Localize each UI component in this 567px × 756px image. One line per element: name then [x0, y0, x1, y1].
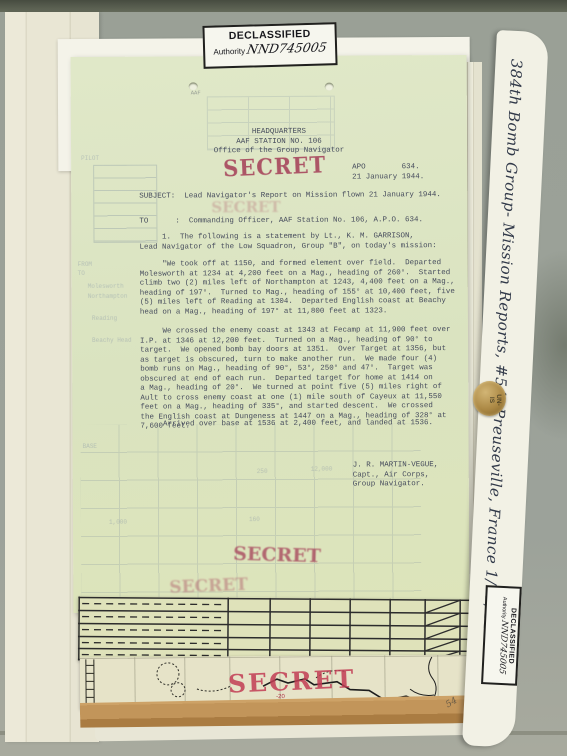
to-line: TO : Commanding Officer, AAF Station No.…	[139, 216, 423, 227]
apo-date-block: APO 634. 21 January 1944.	[352, 163, 424, 182]
declassified-authority: Authority NND745005	[205, 39, 335, 58]
subject-line: SUBJECT: Lead Navigator's Report on Miss…	[139, 191, 441, 202]
bleed-figure: 12,000	[311, 466, 333, 473]
mission-report-page: PILOT FROM TO Molesworth Northampton Rea…	[71, 55, 470, 613]
backdrop-top-edge	[0, 0, 567, 12]
bleed-figure: 250	[257, 468, 268, 475]
report-paragraph-2: "We took off at 1150, and formed element…	[140, 259, 455, 318]
brass-fastener: UN- IS	[473, 381, 506, 416]
punch-hole	[325, 83, 334, 91]
map-secret-stamp: SECRET	[227, 664, 356, 698]
bleed-figure: BASE	[83, 443, 97, 450]
secret-stamp-lower: SECRET	[233, 543, 321, 568]
authority-label: Authority	[500, 597, 507, 619]
bleed-waypoint: Reading	[92, 315, 117, 322]
bleed-figure: 160	[249, 516, 260, 523]
declassified-stamp-side: DECLASSIFIED Authority NND745005	[481, 585, 522, 686]
bleed-waypoint: Beachy Head	[92, 337, 132, 344]
fastener-embossed-text: UN- IS	[488, 387, 502, 413]
scanned-document-photo: PILOT FROM TO Molesworth Northampton Rea…	[0, 0, 567, 756]
secret-stamp-lower-faint: SECRET	[169, 575, 248, 598]
authority-number-handwritten: NND745005	[246, 39, 328, 56]
flight-log-table-sheet	[78, 597, 492, 664]
declassified-stamp-top: DECLASSIFIED Authority NND745005	[202, 22, 337, 69]
report-paragraph-3: We crossed the enemy coast at 1343 at Fe…	[140, 326, 451, 432]
signature-block: J. R. MARTIN-VEGUE, Capt., Air Corps, Gr…	[353, 461, 439, 490]
report-paragraph-4: Arrived over base at 1536 at 2,400 feet,…	[140, 419, 433, 430]
secret-stamp: SECRET	[223, 151, 327, 181]
page-fragment-text: AAF	[191, 88, 201, 98]
bleed-figure: 1,000	[109, 519, 127, 526]
bleed-waypoint: Northampton	[88, 293, 128, 300]
bleed-to-label: TO	[78, 270, 85, 277]
authority-label: Authority	[213, 47, 245, 57]
handwritten-side-note: 384th Bomb Group- Mission Reports, #54, …	[484, 59, 525, 579]
bleed-waypoint: Molesworth	[88, 283, 124, 290]
report-paragraph-1: 1. The following is a statement by Lt., …	[139, 232, 436, 253]
bleed-through-log-box	[93, 165, 157, 243]
table-grid-lines	[78, 597, 492, 664]
bleed-pilot-label: PILOT	[81, 155, 99, 162]
bleed-from-label: FROM	[78, 261, 92, 268]
